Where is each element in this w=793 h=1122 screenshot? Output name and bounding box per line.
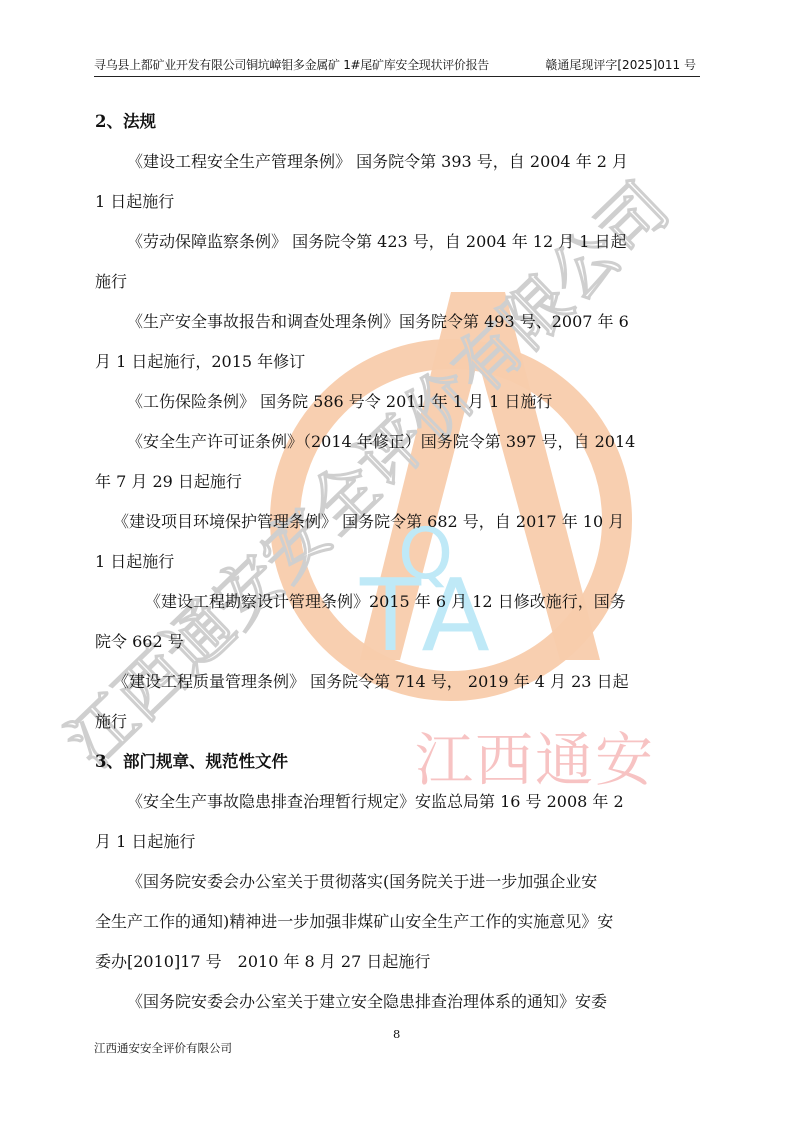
regulation-line: 施行: [95, 710, 127, 734]
rule-line: 委办[2010]17 号 2010 年 8 月 27 日起施行: [95, 950, 430, 974]
regulation-line: 《建设项目环境保护管理条例》 国务院令第 682 号，自 2017 年 10 月: [113, 510, 624, 534]
report-title: 寻乌县上都矿业开发有限公司铜坑嶂钼多金属矿 1#尾矿库安全现状评价报告: [94, 56, 489, 74]
regulation-line: 《建设工程质量管理条例》 国务院令第 714 号， 2019 年 4 月 23 …: [113, 670, 629, 694]
regulation-line: 《生产安全事故报告和调查处理条例》国务院令第 493 号、2007 年 6: [127, 310, 629, 334]
regulation-line: 1 日起施行: [95, 190, 174, 214]
regulation-line: 《劳动保障监察条例》 国务院令第 423 号，自 2004 年 12 月 1 日…: [127, 230, 627, 254]
regulation-line: 《建设工程勘察设计管理条例》2015 年 6 月 12 日修改施行，国务: [145, 590, 626, 614]
section-heading-department-rules: 3、部门规章、规范性文件: [95, 750, 288, 774]
rule-line: 全生产工作的通知)精神进一步加强非煤矿山安全生产工作的实施意见》安: [95, 910, 613, 934]
regulation-line: 《工伤保险条例》 国务院 586 号令 2011 年 1 月 1 日施行: [127, 390, 552, 414]
section-heading-regulations: 2、法规: [95, 110, 156, 134]
rule-line: 《国务院安委会办公室关于贯彻落实(国务院关于进一步加强企业安: [127, 870, 597, 894]
watermark-center-text: 江西通安: [415, 726, 655, 794]
rule-line: 《国务院安委会办公室关于建立安全隐患排查治理体系的通知》安委: [127, 990, 607, 1014]
rule-line: 《安全生产事故隐患排查治理暂行规定》安监总局第 16 号 2008 年 2: [127, 790, 624, 814]
regulation-line: 院令 662 号: [95, 630, 184, 654]
document-page: 寻乌县上都矿业开发有限公司铜坑嶂钼多金属矿 1#尾矿库安全现状评价报告 赣通尾现…: [0, 0, 793, 1122]
watermark-ta-letters: TA: [359, 557, 498, 674]
regulation-line: 《建设工程安全生产管理条例》 国务院令第 393 号，自 2004 年 2 月: [127, 150, 628, 174]
document-number: 赣通尾现评字[2025]011 号: [545, 56, 696, 74]
rule-line: 月 1 日起施行: [95, 830, 195, 854]
regulation-line: 1 日起施行: [95, 550, 174, 574]
regulation-line: 施行: [95, 270, 127, 294]
regulation-line: 月 1 日起施行，2015 年修订: [95, 350, 305, 374]
footer-company-name: 江西通安安全评价有限公司: [94, 1040, 232, 1056]
page-header: 寻乌县上都矿业开发有限公司铜坑嶂钼多金属矿 1#尾矿库安全现状评价报告 赣通尾现…: [94, 56, 700, 77]
regulation-line: 年 7 月 29 日起施行: [95, 470, 242, 494]
regulation-line: 《安全生产许可证条例》（2014 年修正）国务院令第 397 号，自 2014: [127, 430, 635, 454]
page-number: 8: [393, 1027, 400, 1041]
